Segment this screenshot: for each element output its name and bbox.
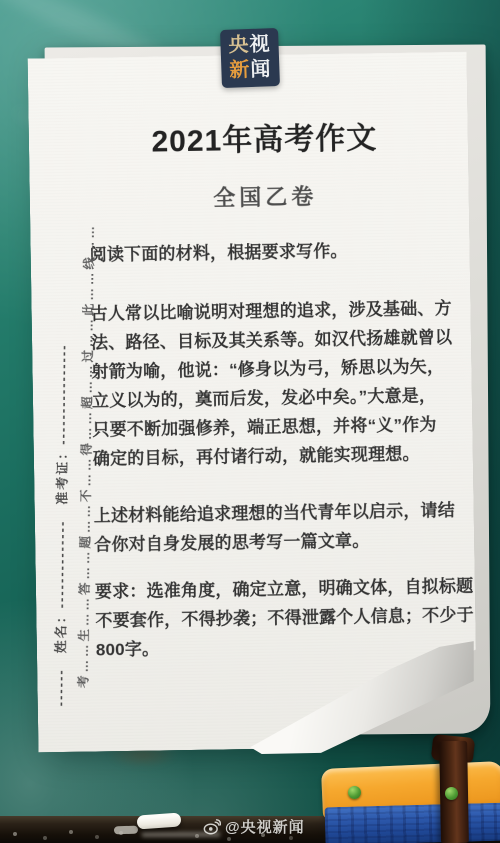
exam-paragraph-task: 上述材料能给追求理想的当代青年以启示，请结 合你对自身发展的思考写一篇文章。: [94, 495, 493, 559]
exam-text-block: 阅读下面的材料，根据要求写作。 古人常以比喻说明对理想的追求，涉及基础、方 法、…: [89, 234, 494, 664]
chalk-dust-speckles: [0, 831, 2, 833]
pencil-box: [320, 745, 500, 843]
weibo-icon: [203, 819, 221, 835]
badge-char: 新: [229, 59, 251, 82]
chalk-stick-small: [114, 826, 138, 835]
watermark-text: @央视新闻: [225, 816, 305, 837]
name-id-labels-text: ------ 姓名：-------------- 准考证：-----------…: [50, 246, 70, 706]
exam-paragraph-material: 古人常以比喻说明对理想的追求，涉及基础、方 法、路径、目标及其关系等。如汉代扬雄…: [90, 293, 491, 473]
pencil-box-base: [325, 803, 500, 843]
badge-row: 央视: [228, 32, 271, 58]
weibo-watermark: @央视新闻: [203, 816, 305, 837]
badge-char: 央: [228, 34, 250, 57]
cctv-news-badge: 央视 新闻: [220, 28, 280, 88]
snap-button-green: [445, 787, 458, 800]
badge-row: 新闻: [229, 57, 272, 83]
exam-paper: 2021年高考作文 全国乙卷 阅读下面的材料，根据要求写作。 古人常以比喻说明对…: [28, 52, 478, 753]
badge-char: 视: [249, 33, 271, 56]
badge-char: 闻: [250, 58, 272, 81]
exam-intro: 阅读下面的材料，根据要求写作。: [89, 234, 487, 269]
seal-line-text: 考……生……答……题……不……得……超……过……此……线……: [73, 218, 96, 688]
news-image: { "badge": { "char1": "央", "char2": "视",…: [0, 0, 500, 843]
snap-button-green: [348, 786, 361, 799]
exam-title: 2021年高考作文: [69, 112, 461, 162]
exam-subtitle: 全国乙卷: [70, 178, 461, 215]
